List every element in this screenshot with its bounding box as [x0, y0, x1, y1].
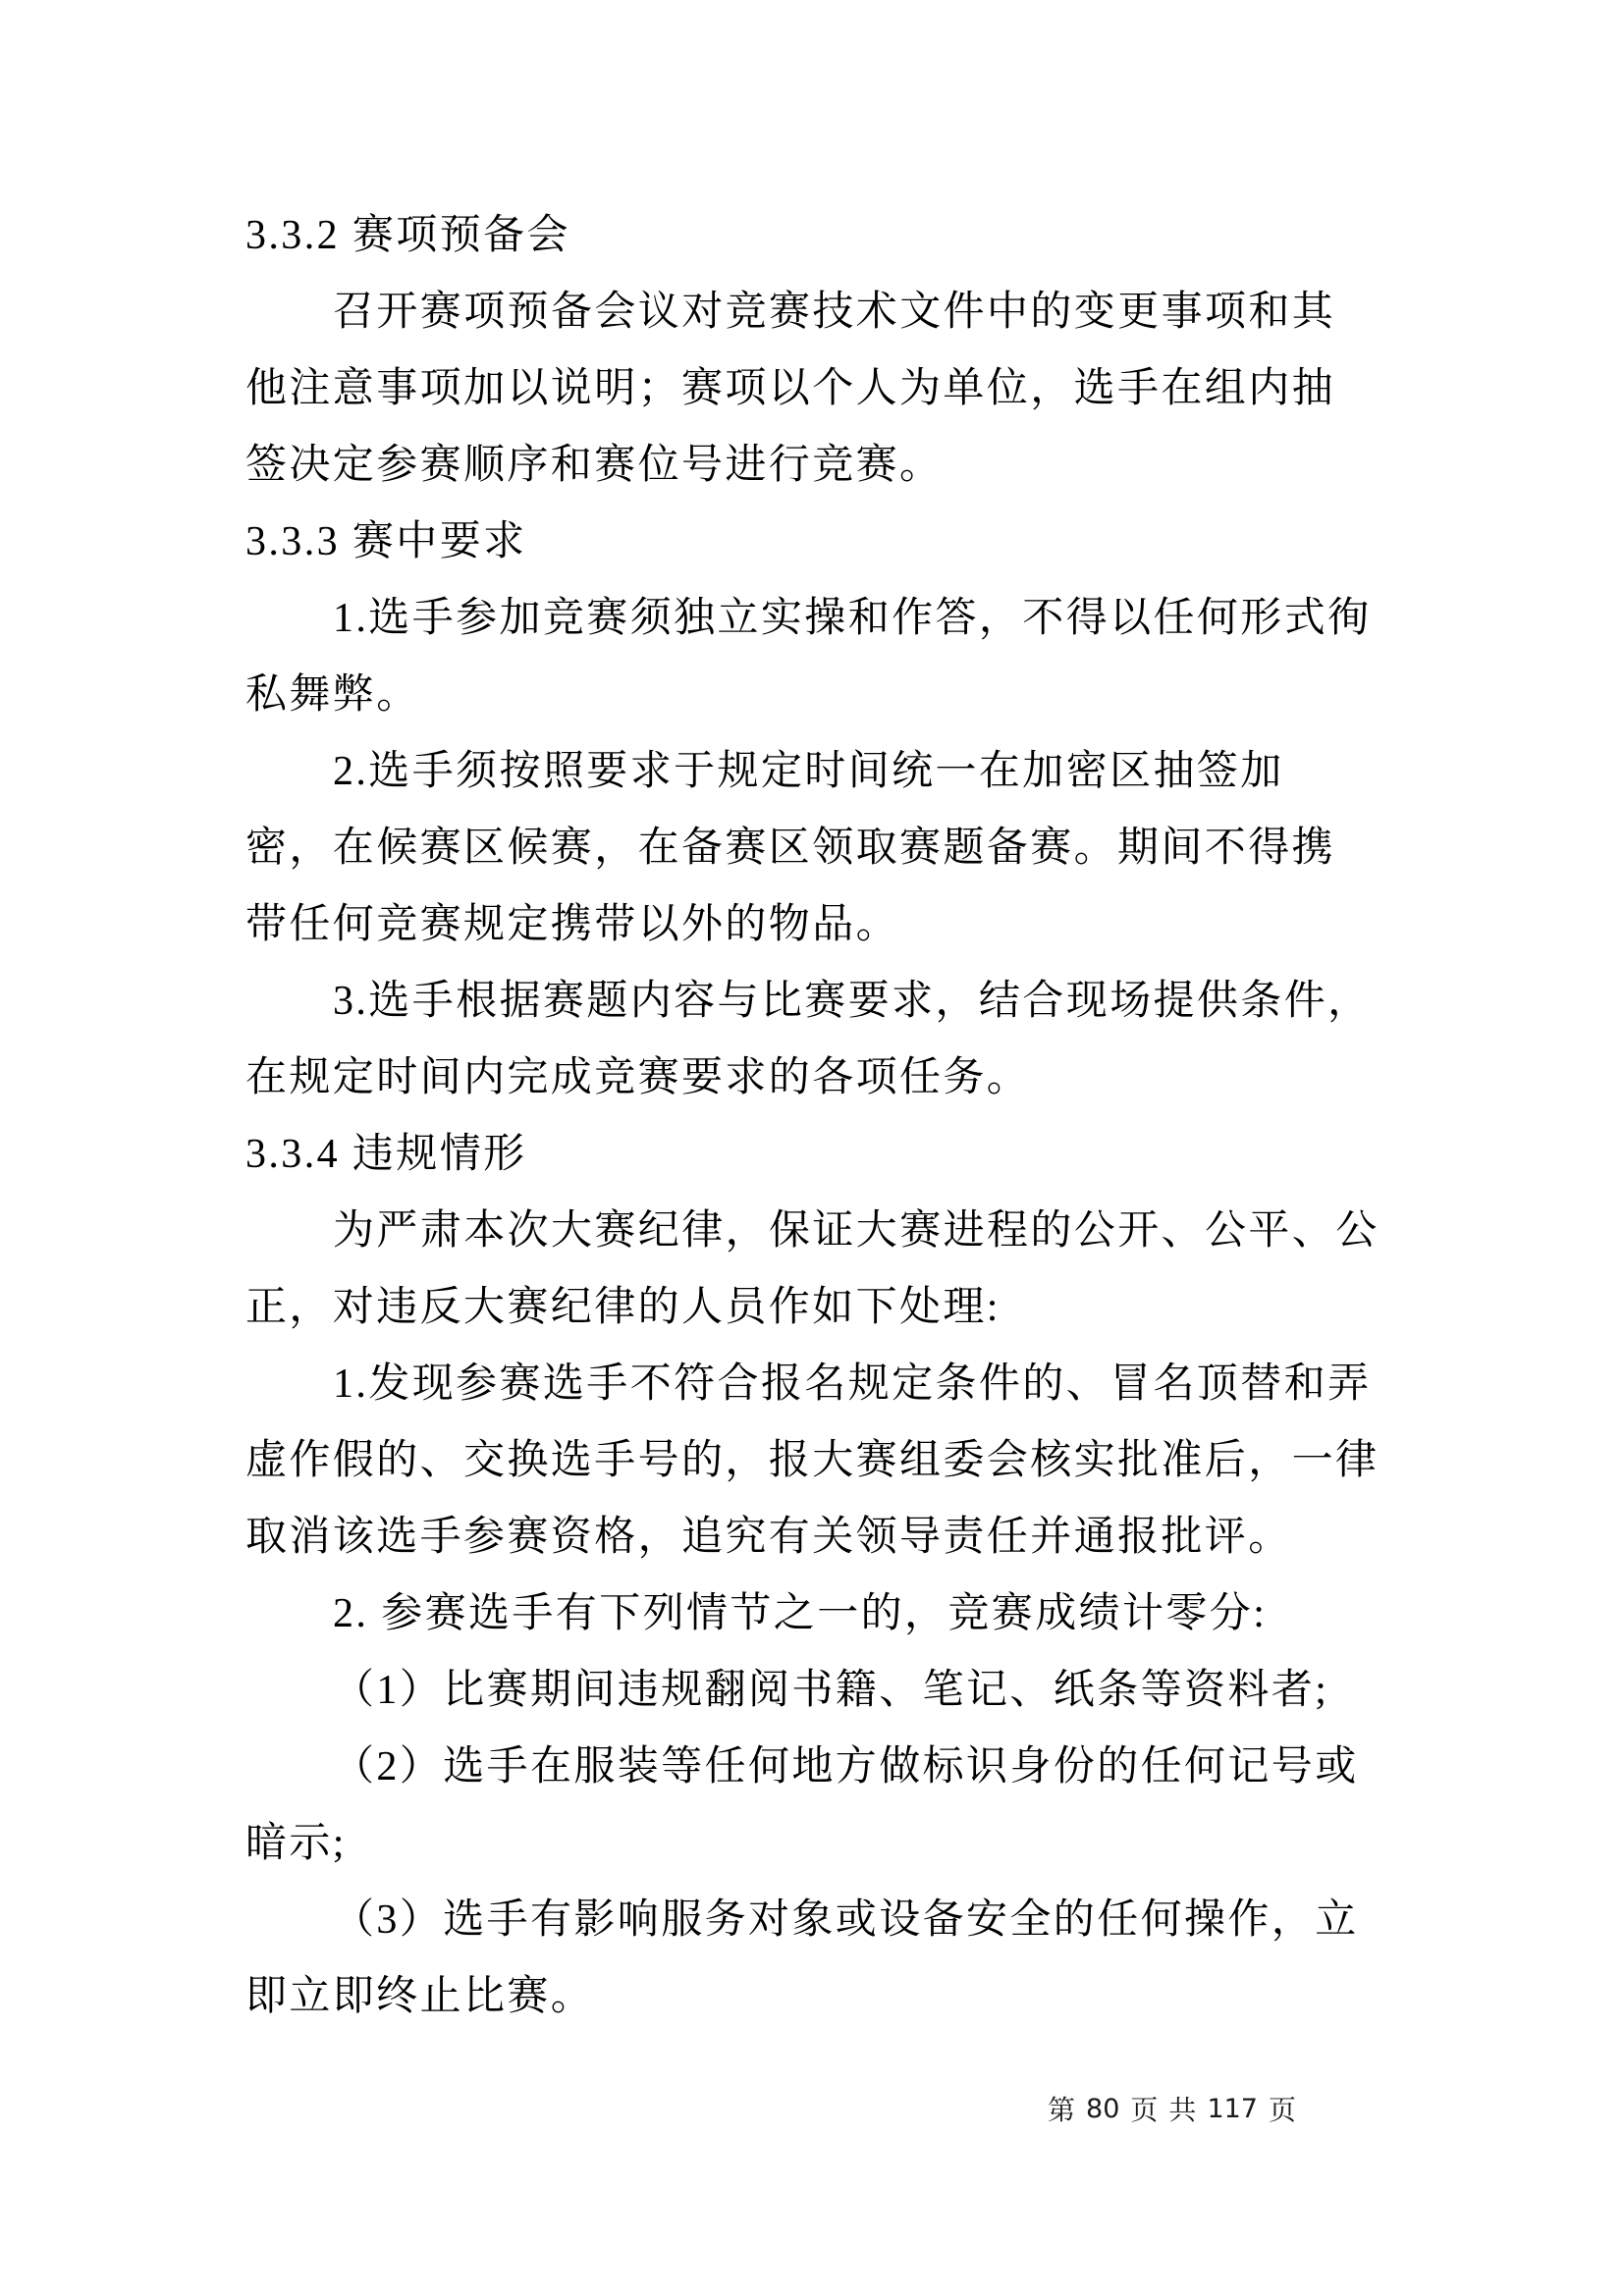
- text-line: 在规定时间内完成竞赛要求的各项任务。: [245, 1040, 1340, 1116]
- page-footer: 第 80 页 共 117 页: [1048, 2089, 1296, 2128]
- text-line: 正，对违反大赛纪律的人员作如下处理:: [245, 1269, 1340, 1346]
- text-line: 虚作假的、交换选手号的，报大赛组委会核实批准后，一律: [245, 1422, 1340, 1499]
- text-line: 为严肃本次大赛纪律，保证大赛进程的公开、公平、公: [245, 1193, 1340, 1269]
- text-line: 2. 参赛选手有下列情节之一的，竞赛成绩计零分:: [245, 1575, 1340, 1652]
- text-line: 带任何竞赛规定携带以外的物品。: [245, 886, 1340, 963]
- text-line: 他注意事项加以说明；赛项以个人为单位，选手在组内抽: [245, 350, 1340, 427]
- text-line: 1.选手参加竞赛须独立实操和作答，不得以任何形式徇: [245, 580, 1340, 657]
- text-line: 召开赛项预备会议对竞赛技术文件中的变更事项和其: [245, 274, 1340, 350]
- text-line: 3.选手根据赛题内容与比赛要求，结合现场提供条件，: [245, 963, 1340, 1040]
- document-page: 3.3.2 赛项预备会召开赛项预备会议对竞赛技术文件中的变更事项和其他注意事项加…: [0, 0, 1623, 2296]
- footer-label-page-prefix: 第: [1048, 2089, 1075, 2128]
- text-line: 1.发现参赛选手不符合报名规定条件的、冒名顶替和弄: [245, 1346, 1340, 1422]
- footer-label-total-prefix: 共: [1168, 2089, 1196, 2128]
- text-line: （1）比赛期间违规翻阅书籍、笔记、纸条等资料者;: [245, 1652, 1340, 1729]
- document-body: 3.3.2 赛项预备会召开赛项预备会议对竞赛技术文件中的变更事项和其他注意事项加…: [245, 197, 1340, 2035]
- text-line: （2）选手在服装等任何地方做标识身份的任何记号或: [245, 1729, 1340, 1805]
- text-line: 2.选手须按照要求于规定时间统一在加密区抽签加: [245, 733, 1340, 810]
- section-heading: 3.3.3 赛中要求: [245, 504, 1340, 580]
- text-line: 签决定参赛顺序和赛位号进行竞赛。: [245, 427, 1340, 504]
- text-line: 即立即终止比赛。: [245, 1958, 1340, 2035]
- section-heading: 3.3.4 违规情形: [245, 1116, 1340, 1193]
- footer-total-page-number: 117: [1207, 2094, 1258, 2124]
- section-heading: 3.3.2 赛项预备会: [245, 197, 1340, 274]
- footer-current-page-number: 80: [1086, 2094, 1119, 2124]
- text-line: 密，在候赛区候赛，在备赛区领取赛题备赛。期间不得携: [245, 810, 1340, 886]
- footer-label-page: 页: [1130, 2089, 1158, 2128]
- text-line: 暗示;: [245, 1805, 1340, 1882]
- text-line: 私舞弊。: [245, 657, 1340, 733]
- text-line: 取消该选手参赛资格，追究有关领导责任并通报批评。: [245, 1499, 1340, 1575]
- footer-label-page-suffix: 页: [1269, 2089, 1296, 2128]
- text-line: （3）选手有影响服务对象或设备安全的任何操作，立: [245, 1882, 1340, 1958]
